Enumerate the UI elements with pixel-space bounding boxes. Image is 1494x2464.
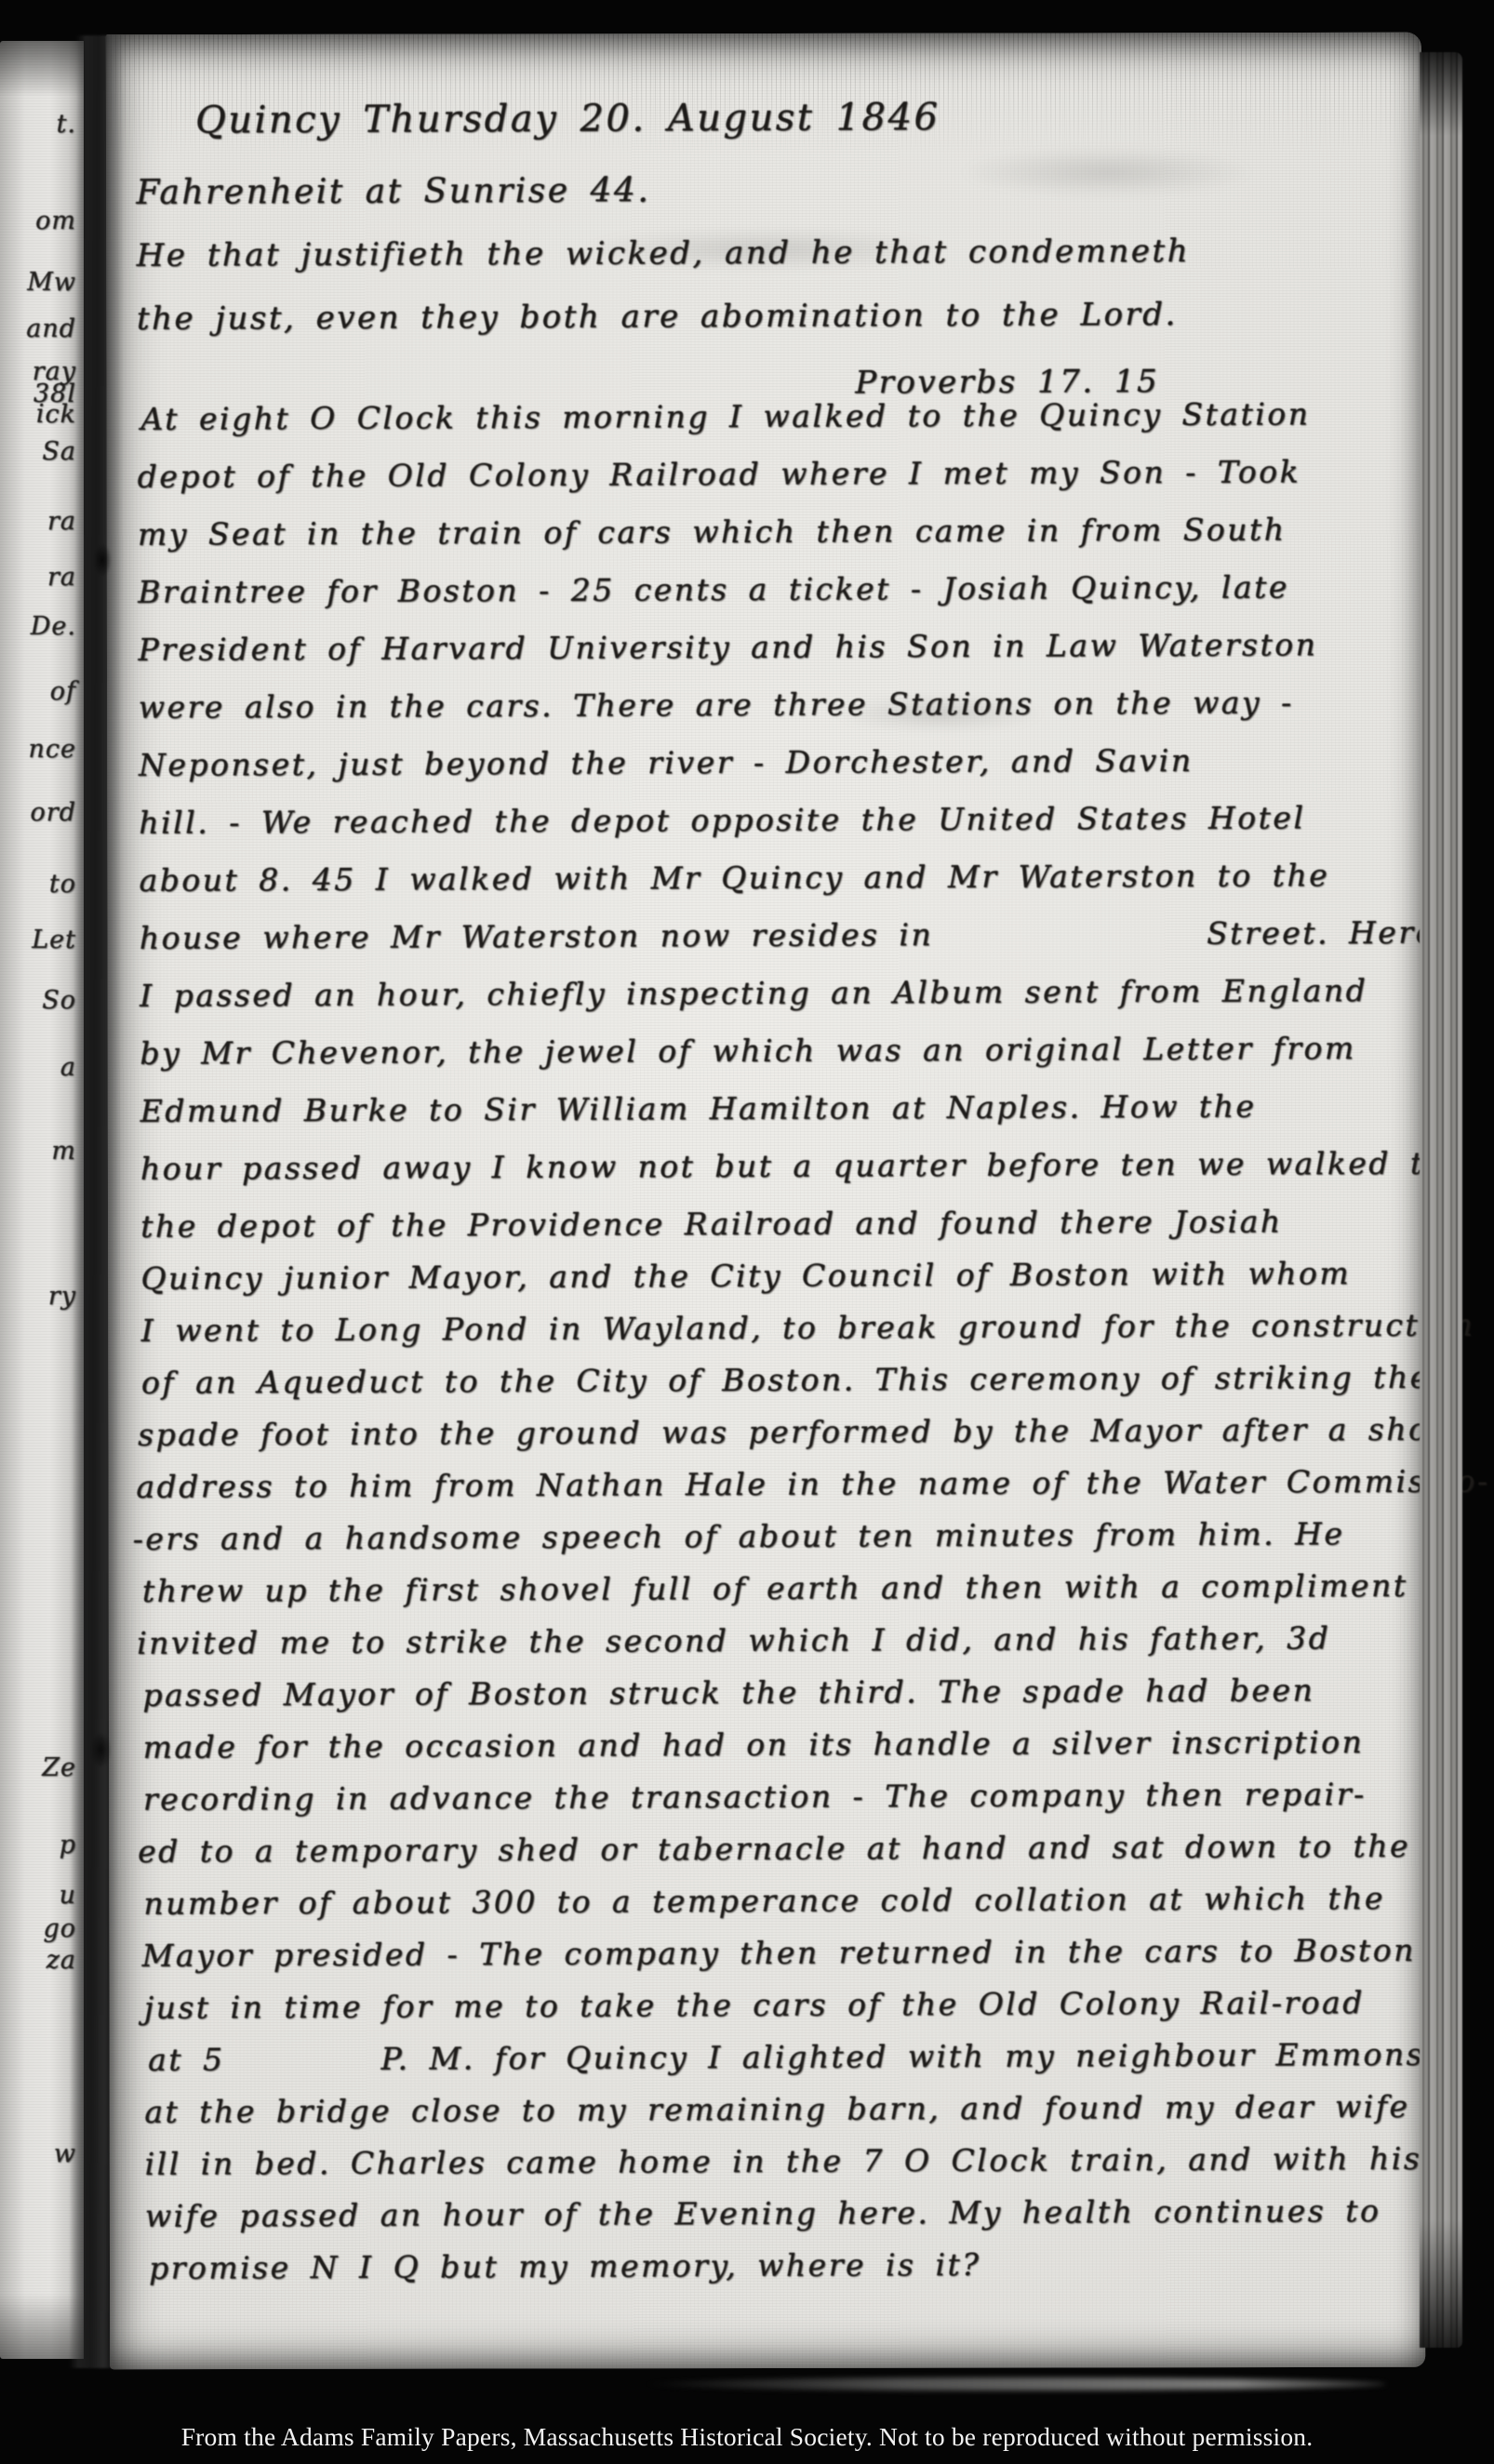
book-fore-edge — [1420, 52, 1462, 2348]
facing-page-fragment: za — [47, 1946, 76, 1975]
manuscript-line: Braintree for Boston - 25 cents a ticket… — [138, 572, 1289, 607]
scripture-line: He that justifieth the wicked, and he th… — [137, 235, 1190, 272]
handwriting-layer: Quincy Thursday 20. August 1846Fahrenhei… — [0, 0, 1494, 2464]
archive-credit-caption: From the Adams Family Papers, Massachuse… — [0, 2422, 1494, 2452]
manuscript-line: at the bridge close to my remaining barn… — [144, 2091, 1409, 2127]
facing-page-fragment: Let — [32, 926, 76, 954]
facing-page-fragment: Ze — [42, 1753, 76, 1782]
manuscript-line: Mayor presided - The company then return… — [142, 1935, 1416, 1971]
facing-page-fragment: So — [42, 986, 76, 1015]
manuscript-line: wife passed an hour of the Evening here.… — [145, 2195, 1381, 2231]
manuscript-line: about 8. 45 I walked with Mr Quincy and … — [140, 859, 1330, 896]
facing-page-fragment: t. — [57, 110, 76, 139]
facing-page-fragment: p — [60, 1831, 76, 1859]
manuscript-line: by Mr Chevenor, the jewel of which was a… — [140, 1032, 1355, 1069]
manuscript-line: ed to a temporary shed or tabernacle at … — [138, 1831, 1410, 1867]
manuscript-line: At eight O Clock this morning I walked t… — [140, 398, 1310, 433]
manuscript-line: of an Aqueduct to the City of Boston. Th… — [141, 1362, 1431, 1398]
facing-page-fragment: om — [35, 206, 76, 235]
facing-page-fragment: ra — [47, 563, 76, 592]
diary-scan: Quincy Thursday 20. August 1846Fahrenhei… — [0, 0, 1494, 2464]
scripture-citation: Proverbs 17. 15 — [855, 366, 1159, 398]
manuscript-line: the depot of the Providence Railroad and… — [140, 1206, 1283, 1242]
facing-page-fragment: u — [60, 1881, 76, 1910]
manuscript-line: recording in advance the transaction - T… — [143, 1778, 1367, 1815]
manuscript-line: at 5 P. M. for Quincy I alighted with my… — [148, 2039, 1424, 2075]
manuscript-line: hour passed away I know not but a quarte… — [140, 1148, 1446, 1184]
facing-page-fragment: go — [43, 1914, 76, 1943]
facing-page-fragment: Sa — [42, 437, 76, 466]
facing-page-fragment: m — [51, 1137, 76, 1165]
manuscript-line: passed Mayor of Boston struck the third.… — [142, 1674, 1314, 1710]
manuscript-line: I passed an hour, chiefly inspecting an … — [140, 975, 1367, 1011]
facing-page-fragment: ord — [31, 798, 76, 827]
facing-page-fragment: nce — [29, 735, 77, 764]
manuscript-line: Neponset, just beyond the river - Dorche… — [139, 745, 1194, 780]
manuscript-line: number of about 300 to a temperance cold… — [143, 1883, 1385, 1919]
manuscript-line: made for the occasion and had on its han… — [143, 1726, 1365, 1763]
facing-page-fragment: to — [49, 870, 76, 899]
manuscript-line: I went to Long Pond in Wayland, to break… — [141, 1310, 1475, 1346]
facing-page-fragment: a — [60, 1053, 76, 1082]
facing-page-fragment: De. — [31, 612, 76, 641]
facing-page-fragments: t.omMwandray38lickSararaDe.ofnceordtoLet… — [0, 0, 84, 2464]
manuscript-line: my Seat in the train of cars which then … — [138, 514, 1287, 550]
temperature-line: Fahrenheit at Sunrise 44. — [136, 175, 650, 210]
manuscript-line: Edmund Burke to Sir William Hamilton at … — [140, 1091, 1257, 1126]
facing-page-fragment: and — [26, 314, 76, 343]
manuscript-line: spade foot into the ground was performed… — [138, 1414, 1461, 1450]
manuscript-line: promise N I Q but my memory, where is it… — [149, 2249, 981, 2284]
facing-page-fragment: of — [50, 677, 76, 706]
manuscript-line: threw up the first shovel full of earth … — [142, 1570, 1408, 1606]
manuscript-line: were also in the cars. There are three S… — [139, 687, 1294, 723]
manuscript-line: Quincy junior Mayor, and the City Counci… — [140, 1258, 1351, 1294]
scripture-line: the just, even they both are abomination… — [137, 299, 1178, 335]
manuscript-line: depot of the Old Colony Railroad where I… — [138, 456, 1301, 491]
manuscript-line: invited me to strike the second which I … — [137, 1622, 1330, 1658]
facing-page-fragment: ry — [48, 1282, 76, 1311]
facing-page-fragment: w — [54, 2139, 76, 2168]
facing-page-fragment: Mw — [27, 268, 76, 297]
dateline: Quincy Thursday 20. August 1846 — [195, 99, 940, 139]
manuscript-line: ill in bed. Charles came home in the 7 O… — [145, 2143, 1422, 2179]
manuscript-line: house where Mr Waterston now resides in … — [140, 917, 1436, 953]
manuscript-line: hill. - We reached the depot opposite th… — [139, 802, 1305, 837]
manuscript-line: just in time for me to take the cars of … — [144, 1987, 1365, 2023]
manuscript-line: -ers and a handsome speech of about ten … — [133, 1518, 1345, 1554]
manuscript-line: President of Harvard University and his … — [138, 629, 1317, 665]
facing-page-fragment: ick — [36, 400, 76, 429]
facing-page-fragment: ra — [47, 507, 76, 536]
page-bottom-edge — [642, 2377, 1386, 2391]
manuscript-line: address to him from Nathan Hale in the n… — [136, 1466, 1489, 1502]
